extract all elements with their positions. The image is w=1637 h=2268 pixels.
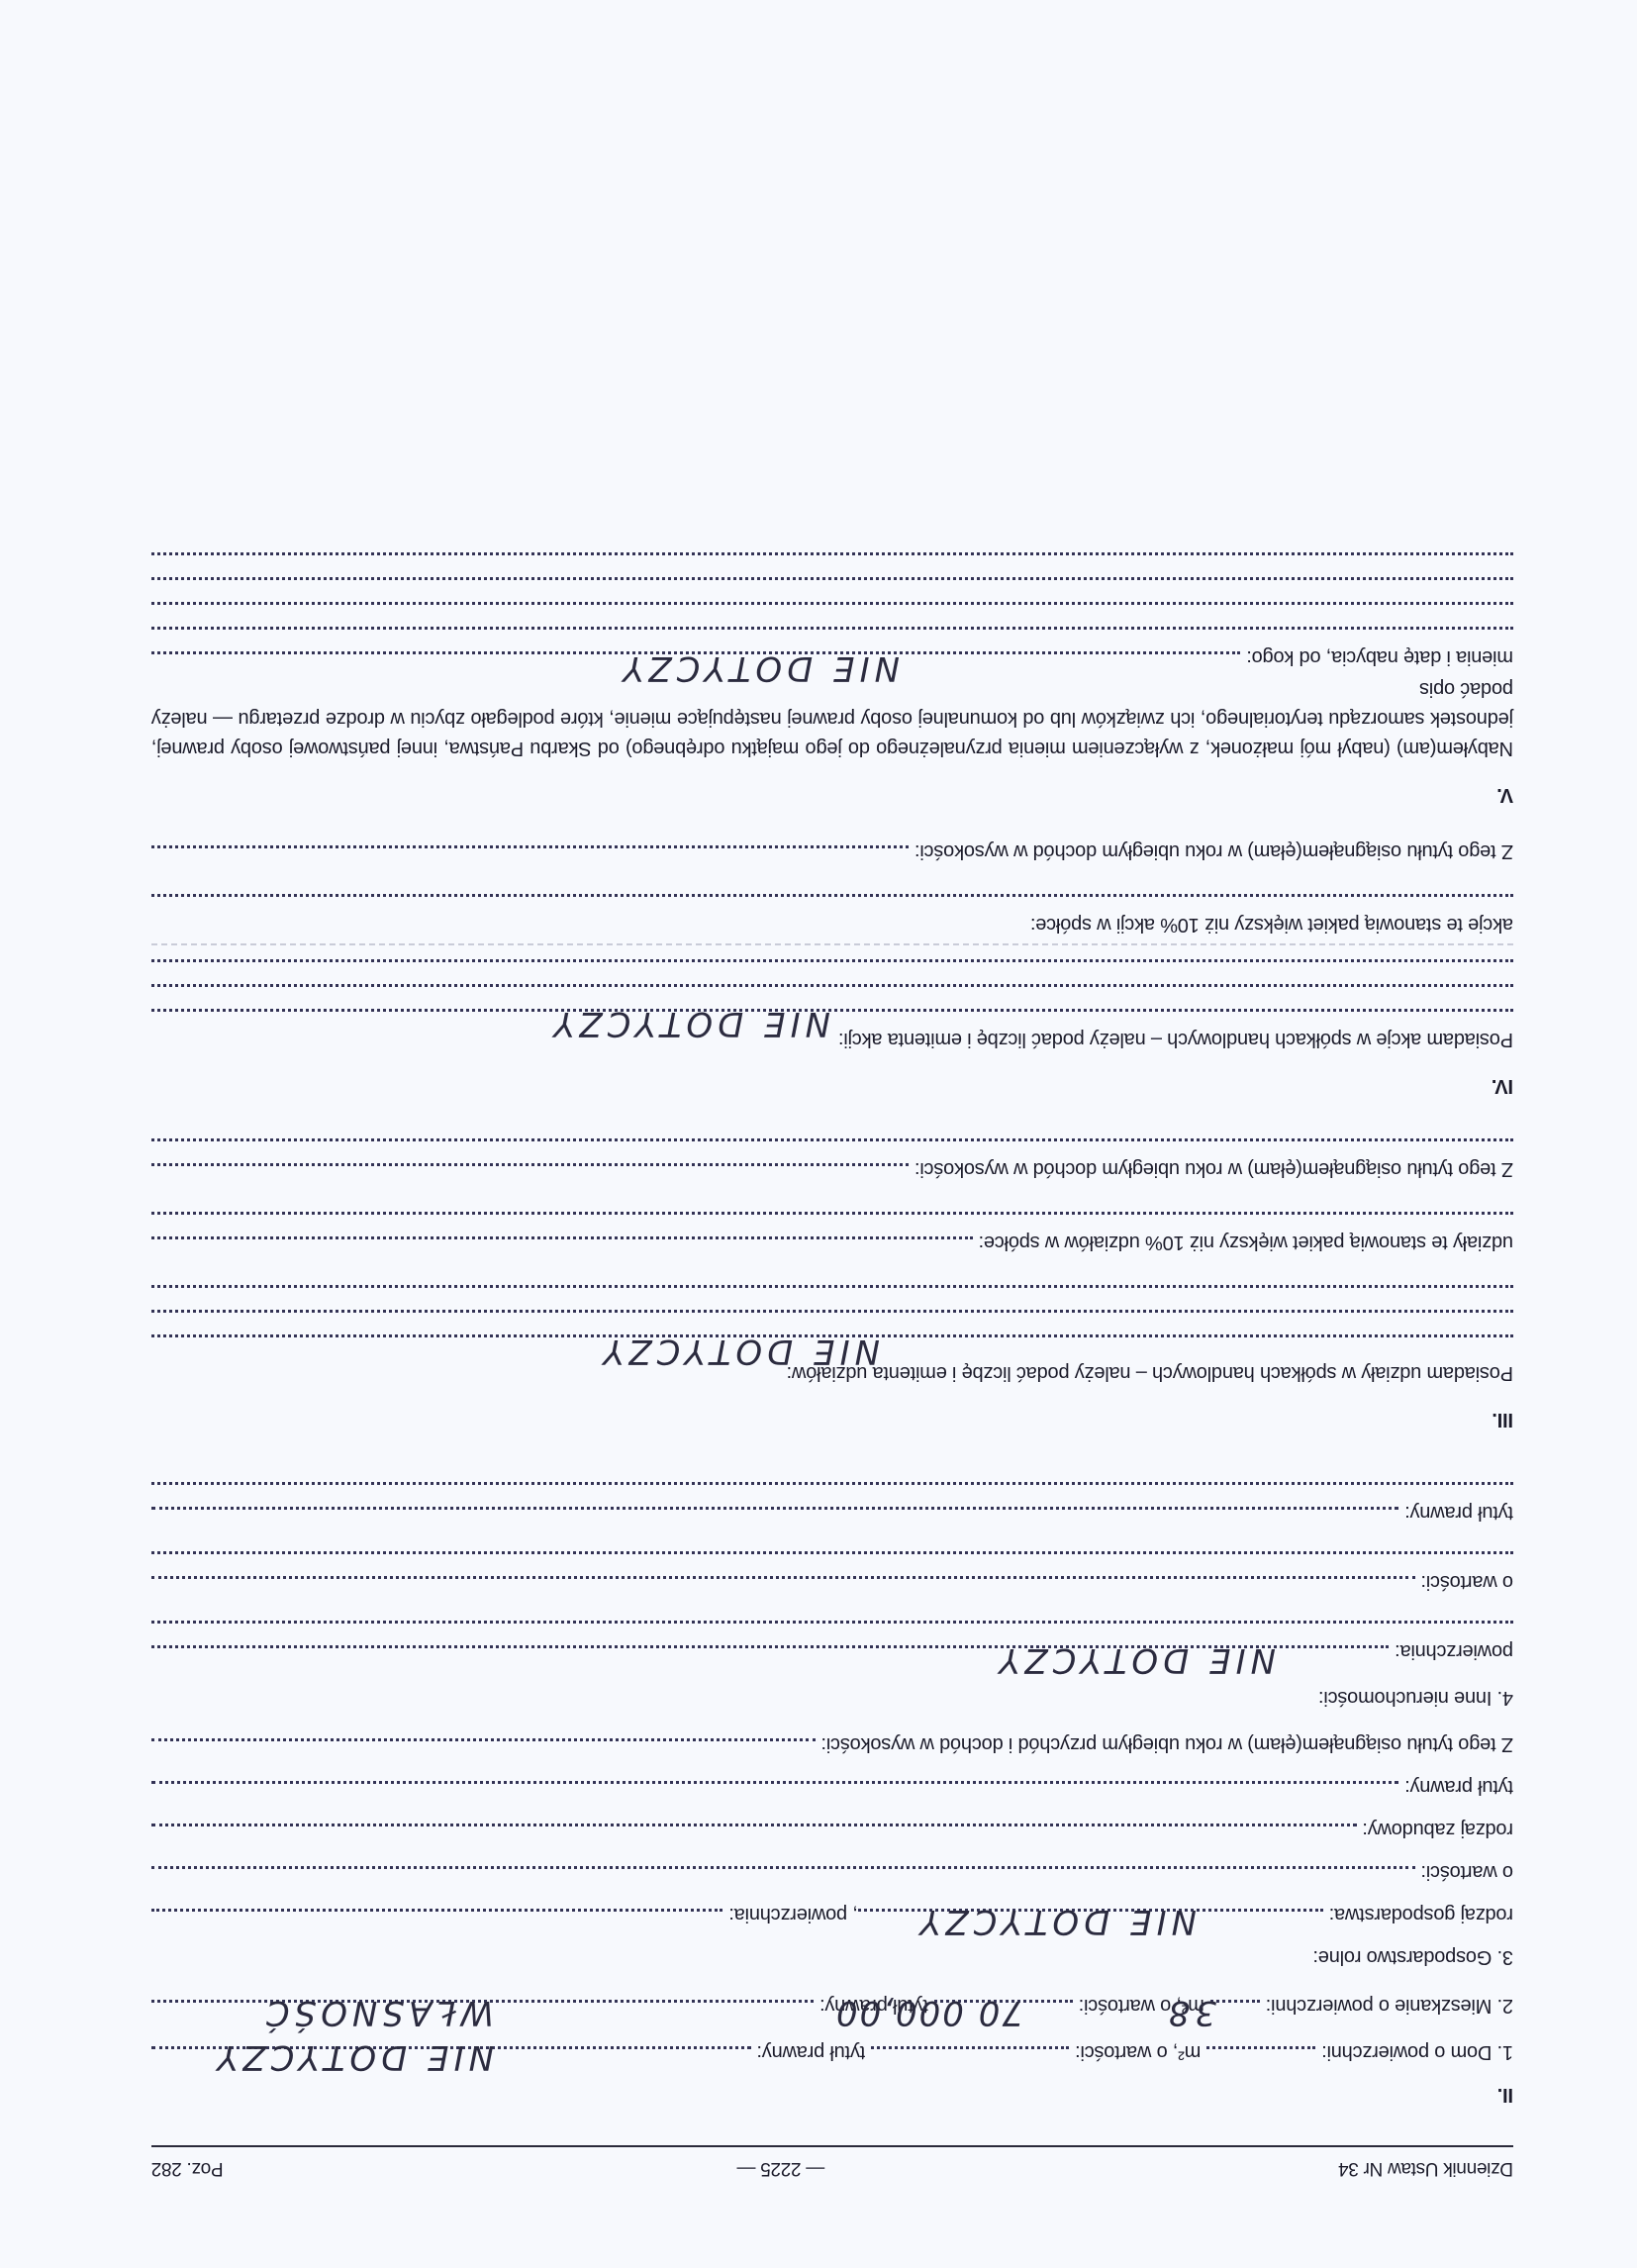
other-title-field[interactable] — [151, 1507, 1398, 1510]
form-body: II. 1. Dom o powierzchni: m², o wartości… — [151, 546, 1513, 2120]
farm-type-handwriting: NIE DOTYCZY — [915, 1902, 1197, 1941]
shares-blank-row-1: NIE DOTYCZY — [151, 1329, 1513, 1331]
stocks-field[interactable] — [151, 1009, 1513, 1012]
journal-title: Dziennik Ustaw Nr 34 — [1338, 2157, 1513, 2179]
blank-field[interactable] — [151, 959, 1513, 962]
other-title-row: tytuł prawny: — [151, 1501, 1513, 1524]
flat-area-handwriting: 38 — [1164, 1993, 1216, 2032]
blank-field[interactable] — [151, 984, 1513, 987]
house-value-field[interactable] — [871, 2046, 1069, 2049]
other-property-heading: 4. Inne nieruchomości: — [151, 1686, 1513, 1709]
shares-packet-field[interactable] — [151, 1236, 973, 1239]
other-value-field[interactable] — [151, 1576, 1415, 1579]
house-value-label: m², o wartości: — [1075, 2040, 1201, 2063]
page-header: Dziennik Ustaw Nr 34 — 2225 — Poz. 282 — [151, 2145, 1513, 2179]
acq-blank-row-4 — [151, 546, 1513, 549]
shares-blank-row-2 — [151, 1304, 1513, 1307]
acquisition-row: mienia i datę nabycia, od kogo: NIE DOTY… — [151, 645, 1513, 668]
blank-field[interactable] — [151, 552, 1513, 555]
shares-packet-row: udziały te stanowią pakiet większy niż 1… — [151, 1231, 1513, 1253]
blank-field[interactable] — [151, 894, 1513, 897]
blank-field[interactable] — [151, 1138, 1513, 1141]
shares-blank-row-3 — [151, 1279, 1513, 1282]
shares-income-row: Z tego tytułu osiągnąłem(ęłam) w roku ub… — [151, 1157, 1513, 1180]
house-title-handwriting: NIE DOTYCZY — [213, 2037, 494, 2077]
stocks-blank-row-2 — [151, 978, 1513, 981]
flat-title-handwriting: WŁASNOŚĆ — [261, 1993, 494, 2032]
shares-blank-row-4 — [151, 1206, 1513, 1209]
shares-handwriting: NIE DOTYCZY — [599, 1331, 880, 1371]
shares-blank-row-5 — [151, 1133, 1513, 1135]
farm-building-field[interactable] — [151, 1824, 1357, 1826]
acq-blank-row-3 — [151, 571, 1513, 574]
house-area-field[interactable] — [1206, 2046, 1315, 2049]
acquisition-handwriting: NIE DOTYCZY — [619, 648, 900, 688]
house-area-label: 1. Dom o powierzchni: — [1321, 2040, 1513, 2063]
other-blank-row-3 — [151, 1476, 1513, 1479]
farm-title-row: tytuł prawny: — [151, 1775, 1513, 1798]
section-ii-heading: II. — [151, 2083, 1513, 2106]
acq-blank-row-2 — [151, 596, 1513, 599]
other-blank-row-2 — [151, 1545, 1513, 1548]
blank-field[interactable] — [151, 1285, 1513, 1288]
section-iii-heading: III. — [151, 1408, 1513, 1430]
blank-field[interactable] — [151, 1551, 1513, 1554]
other-blank-row-1 — [151, 1615, 1513, 1618]
blank-field[interactable] — [151, 1482, 1513, 1485]
blank-field[interactable] — [151, 627, 1513, 630]
section-iv-heading: IV. — [151, 1074, 1513, 1097]
section-v-heading: V. — [151, 783, 1513, 806]
flat-row: 2. Mieszkanie o powierzchni: m², o warto… — [151, 1994, 1513, 2017]
house-title-label: tytuł prawny: — [757, 2040, 866, 2063]
blank-field[interactable] — [151, 602, 1513, 605]
stocks-row: Posiadam akcje w spółkach handlowych – n… — [151, 1028, 1513, 1050]
flat-area-field[interactable] — [1210, 2000, 1260, 2003]
farm-area-field[interactable] — [151, 1909, 722, 1912]
stocks-income-field[interactable] — [151, 845, 909, 848]
shares-income-field[interactable] — [151, 1163, 909, 1166]
farm-income-row: Z tego tytułu osiągnąłem(ęłam) w roku ub… — [151, 1732, 1513, 1755]
farm-type-label: rodzaj gospodarstwa: — [1329, 1903, 1513, 1925]
farm-title-field[interactable] — [151, 1781, 1398, 1784]
farm-value-field[interactable] — [151, 1866, 1415, 1869]
flat-area-label: 2. Mieszkanie o powierzchni: — [1266, 1994, 1513, 2017]
farm-value-row: o wartości: — [151, 1860, 1513, 1883]
other-area-handwriting: NIE DOTYCZY — [995, 1640, 1276, 1680]
page-number: — 2225 — — [737, 2157, 824, 2179]
other-area-row: powierzchnia: NIE DOTYCZY — [151, 1639, 1513, 1662]
flat-value-handwriting: 70 000,00 — [834, 1993, 1023, 2032]
acq-blank-row-1 — [151, 621, 1513, 624]
house-row: 1. Dom o powierzchni: m², o wartości: ty… — [151, 2040, 1513, 2063]
blank-field[interactable] — [151, 577, 1513, 580]
farm-type-row: rodzaj gospodarstwa: , powierzchnia: NIE… — [151, 1903, 1513, 1925]
blank-field[interactable] — [151, 1621, 1513, 1624]
stocks-handwriting: NIE DOTYCZY — [549, 1004, 830, 1043]
stocks-blank-row-4 — [151, 888, 1513, 891]
blank-field[interactable] — [151, 1212, 1513, 1215]
stocks-blank-row-1: NIE DOTYCZY — [151, 1003, 1513, 1006]
blank-field[interactable] — [151, 1310, 1513, 1313]
farm-heading: 3. Gospodarstwo rolne: — [151, 1945, 1513, 1968]
farm-income-field[interactable] — [151, 1738, 816, 1741]
position-number: Poz. 282 — [151, 2157, 224, 2179]
scan-artifact-line — [151, 943, 1513, 945]
farm-area-label: , powierzchnia: — [728, 1903, 857, 1925]
stocks-blank-row-3 — [151, 953, 1513, 956]
document-page: Dziennik Ustaw Nr 34 — 2225 — Poz. 282 I… — [0, 0, 1637, 2268]
stocks-income-row: Z tego tytułu osiągnąłem(ęłam) w roku ub… — [151, 839, 1513, 862]
stocks-packet-row: akcje te stanowią pakiet większy niż 10%… — [151, 913, 1513, 936]
farm-building-row: rodzaj zabudowy: — [151, 1818, 1513, 1840]
other-value-row: o wartości: — [151, 1570, 1513, 1593]
